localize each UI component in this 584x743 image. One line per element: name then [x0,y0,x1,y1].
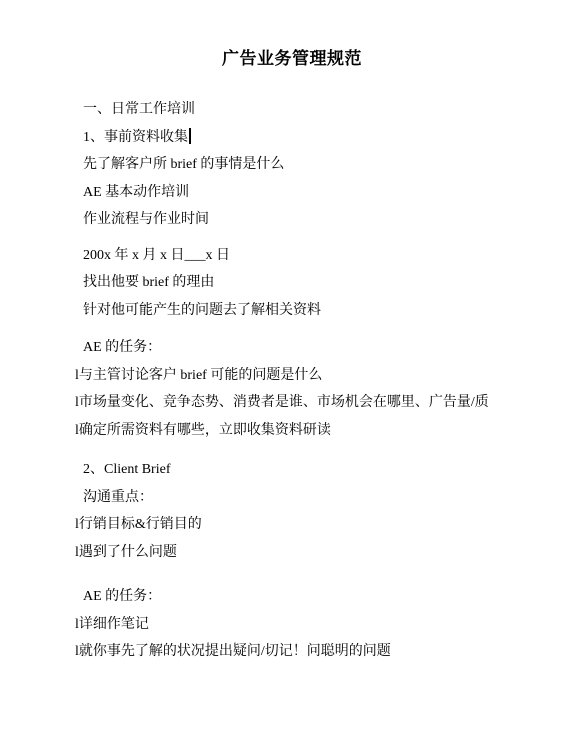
bullet-paragraph: l市场量变化、竞争态势、消费者是谁、市场机会在哪里、广告量/质 [0,389,584,417]
paragraph: 先了解客户所 brief 的事情是什么 [0,151,584,179]
bullet-paragraph: l行销目标&行销目的 [0,511,584,539]
paragraph: 2、Client Brief [0,456,584,484]
paragraph: AE 的任务： [0,334,584,362]
paragraph: 作业流程与作业时间 [0,206,584,234]
bullet-paragraph: l就你事先了解的状况提出疑问/切记！问聪明的问题 [0,638,584,666]
paragraph-text: 1、事前资料收集 [83,130,188,145]
paragraph-spacer [0,324,584,334]
bullet-paragraph: l确定所需资料有哪些，立即收集资料研读 [0,417,584,445]
bullet-paragraph: l遇到了什么问题 [0,539,584,567]
paragraph-spacer [0,566,584,583]
paragraph: 200x 年 x 月 x 日___x 日 [0,242,584,270]
paragraph: 找出他要 brief 的理由 [0,269,584,297]
paragraph-spacer [0,234,584,242]
paragraph: AE 基本动作培训 [0,179,584,207]
paragraph-spacer [0,444,584,456]
document-page[interactable]: 广告业务管理规范 一、日常工作培训 1、事前资料收集 先了解客户所 brief … [0,0,584,743]
bullet-paragraph: l详细作笔记 [0,611,584,639]
paragraph: 沟通重点： [0,484,584,512]
bullet-paragraph: l与主管讨论客户 brief 可能的问题是什么 [0,362,584,390]
paragraph: AE 的任务： [0,583,584,611]
paragraph: 一、日常工作培训 [0,96,584,124]
text-caret-icon [189,128,191,144]
paragraph-with-caret: 1、事前资料收集 [0,124,584,152]
page-title: 广告业务管理规范 [0,49,584,69]
paragraph: 针对他可能产生的问题去了解相关资料 [0,297,584,325]
